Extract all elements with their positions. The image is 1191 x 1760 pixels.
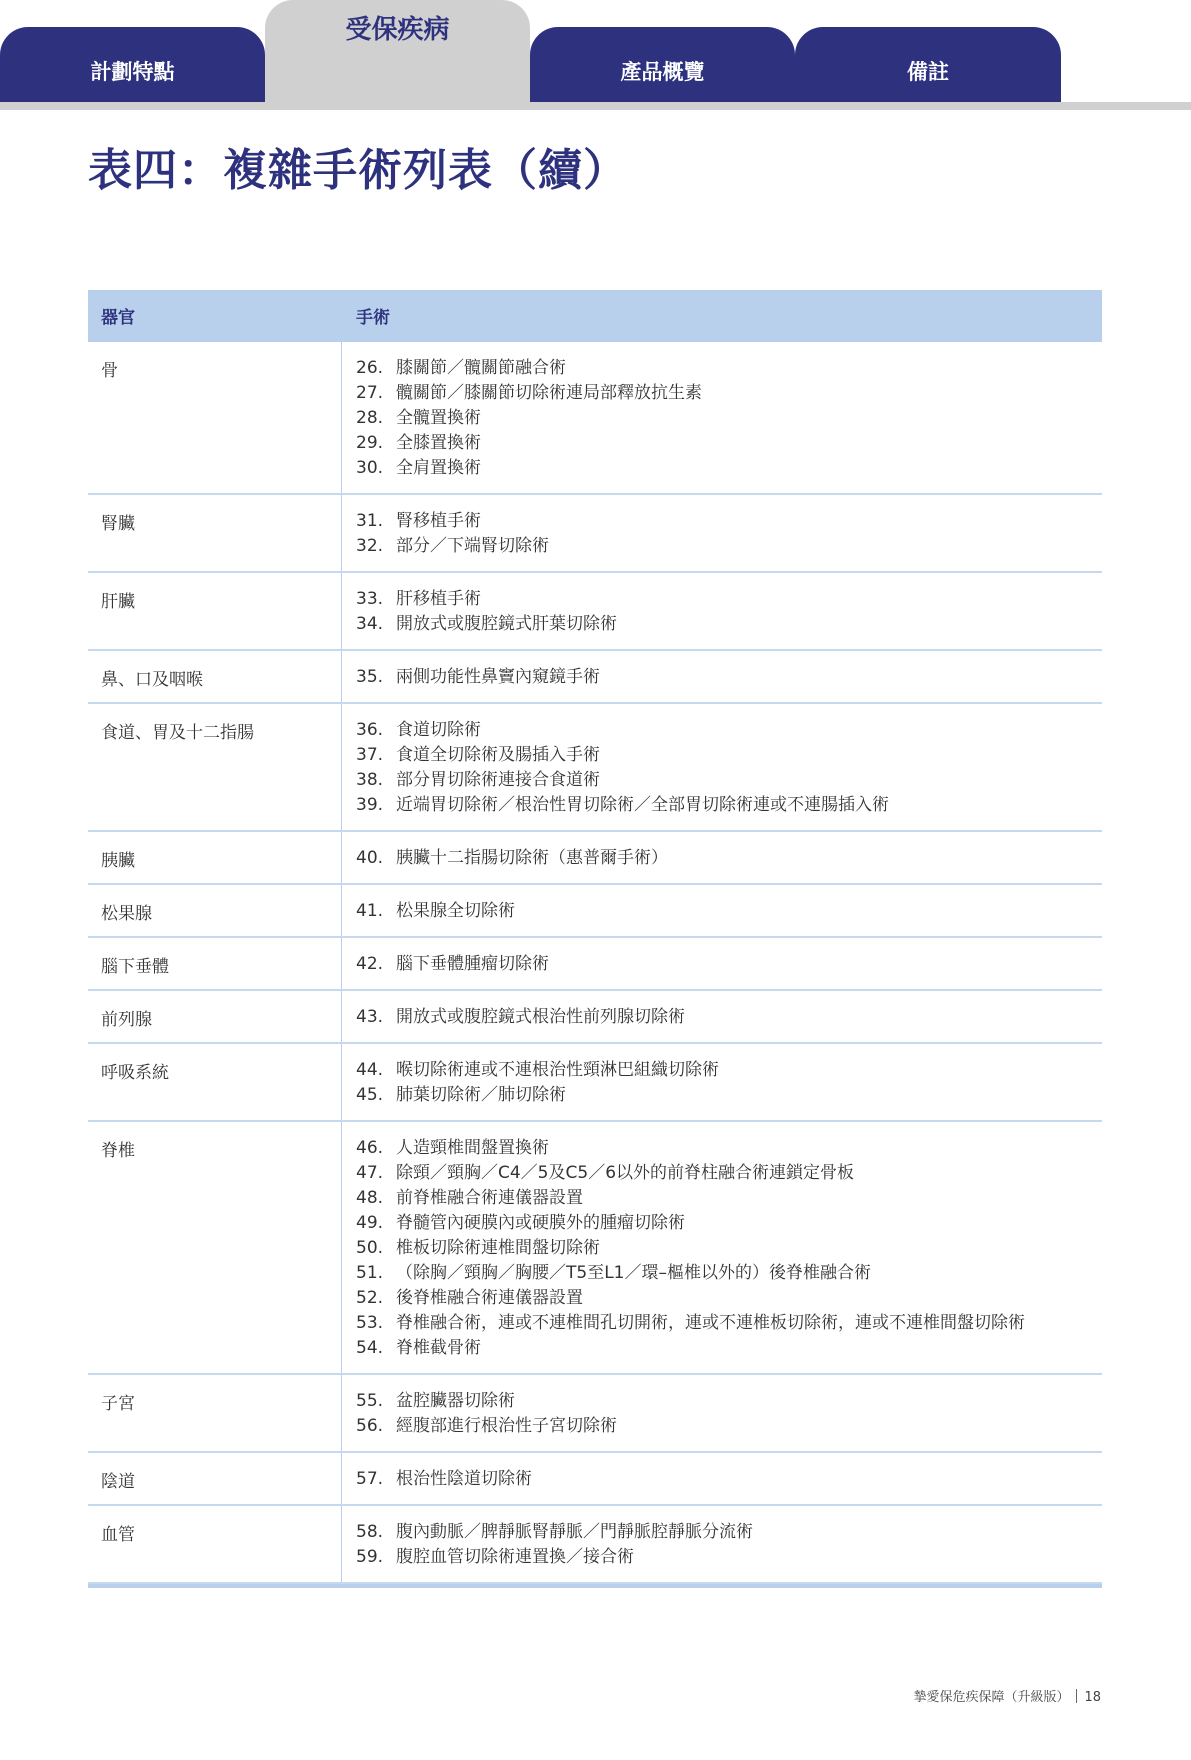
item-number: 55. [356, 1389, 396, 1414]
item-text: 髖關節／膝關節切除術連局部釋放抗生素 [396, 381, 702, 406]
surgery-cell: 26.膝關節／髖關節融合術27.髖關節／膝關節切除術連局部釋放抗生素28.全髖置… [342, 342, 1102, 493]
item-number: 40. [356, 846, 396, 871]
item-number: 37. [356, 743, 396, 768]
item-number: 29. [356, 431, 396, 456]
item-number: 38. [356, 768, 396, 793]
item-text: 除頸／頸胸／C4／5及C5／6以外的前脊柱融合術連鎖定骨板 [396, 1161, 854, 1186]
surgery-item: 39.近端胃切除術／根治性胃切除術／全部胃切除術連或不連腸插入術 [356, 793, 1102, 818]
table-row: 血管58.腹內動脈／脾靜脈腎靜脈／門靜脈腔靜脈分流術59.腹腔血管切除術連置換／… [88, 1506, 1102, 1584]
item-text: 脊髓管內硬膜內或硬膜外的腫瘤切除術 [396, 1211, 685, 1236]
header-surgery: 手術 [342, 290, 1102, 340]
item-text: 開放式或腹腔鏡式根治性前列腺切除術 [396, 1005, 685, 1030]
table-row: 鼻、口及咽喉35.兩側功能性鼻竇內窺鏡手術 [88, 651, 1102, 704]
item-number: 50. [356, 1236, 396, 1261]
table-body: 骨26.膝關節／髖關節融合術27.髖關節／膝關節切除術連局部釋放抗生素28.全髖… [88, 342, 1102, 1584]
table-header: 器官 手術 [88, 290, 1102, 342]
surgery-item: 29.全膝置換術 [356, 431, 1102, 456]
surgery-cell: 58.腹內動脈／脾靜脈腎靜脈／門靜脈腔靜脈分流術59.腹腔血管切除術連置換／接合… [342, 1506, 1102, 1582]
footer-divider [1076, 1689, 1077, 1703]
table-row: 前列腺43.開放式或腹腔鏡式根治性前列腺切除術 [88, 991, 1102, 1044]
surgery-cell: 33.肝移植手術34.開放式或腹腔鏡式肝葉切除術 [342, 573, 1102, 649]
tab-covered-illnesses[interactable]: 受保疾病 [265, 0, 530, 102]
item-text: 肝移植手術 [396, 587, 481, 612]
surgery-item: 46.人造頸椎間盤置換術 [356, 1136, 1102, 1161]
item-number: 59. [356, 1545, 396, 1570]
surgery-item: 55.盆腔臟器切除術 [356, 1389, 1102, 1414]
item-text: 喉切除術連或不連根治性頸淋巴組織切除術 [396, 1058, 719, 1083]
table-row: 陰道57.根治性陰道切除術 [88, 1453, 1102, 1506]
item-number: 27. [356, 381, 396, 406]
surgery-cell: 44.喉切除術連或不連根治性頸淋巴組織切除術45.肺葉切除術／肺切除術 [342, 1044, 1102, 1120]
item-number: 58. [356, 1520, 396, 1545]
item-number: 52. [356, 1286, 396, 1311]
table-row: 呼吸系統44.喉切除術連或不連根治性頸淋巴組織切除術45.肺葉切除術／肺切除術 [88, 1044, 1102, 1122]
page-number: 18 [1084, 1690, 1101, 1705]
table-row: 骨26.膝關節／髖關節融合術27.髖關節／膝關節切除術連局部釋放抗生素28.全髖… [88, 342, 1102, 495]
item-number: 42. [356, 952, 396, 977]
item-text: 兩側功能性鼻竇內窺鏡手術 [396, 665, 600, 690]
organ-cell: 腎臟 [88, 495, 342, 571]
tab-bar-underline [0, 102, 1191, 110]
item-number: 54. [356, 1336, 396, 1361]
item-text: 盆腔臟器切除術 [396, 1389, 515, 1414]
item-text: 全肩置換術 [396, 456, 481, 481]
organ-cell: 前列腺 [88, 991, 342, 1042]
surgery-cell: 40.胰臟十二指腸切除術（惠普爾手術） [342, 832, 1102, 883]
item-text: 食道全切除術及腸插入手術 [396, 743, 600, 768]
item-text: 後脊椎融合術連儀器設置 [396, 1286, 583, 1311]
table-row: 肝臟33.肝移植手術34.開放式或腹腔鏡式肝葉切除術 [88, 573, 1102, 651]
surgery-cell: 42.腦下垂體腫瘤切除術 [342, 938, 1102, 989]
item-number: 34. [356, 612, 396, 637]
item-number: 36. [356, 718, 396, 743]
item-text: 根治性陰道切除術 [396, 1467, 532, 1492]
surgery-item: 30.全肩置換術 [356, 456, 1102, 481]
surgery-cell: 55.盆腔臟器切除術56.經腹部進行根治性子宮切除術 [342, 1375, 1102, 1451]
tab-remarks[interactable]: 備註 [795, 27, 1061, 102]
surgery-item: 45.肺葉切除術／肺切除術 [356, 1083, 1102, 1108]
table-row: 子宮55.盆腔臟器切除術56.經腹部進行根治性子宮切除術 [88, 1375, 1102, 1453]
item-text: 全膝置換術 [396, 431, 481, 456]
tab-label: 備註 [907, 56, 949, 86]
surgery-item: 40.胰臟十二指腸切除術（惠普爾手術） [356, 846, 1102, 871]
item-number: 46. [356, 1136, 396, 1161]
surgery-item: 57.根治性陰道切除術 [356, 1467, 1102, 1492]
item-text: 前脊椎融合術連儀器設置 [396, 1186, 583, 1211]
item-text: 松果腺全切除術 [396, 899, 515, 924]
item-number: 35. [356, 665, 396, 690]
item-text: 人造頸椎間盤置換術 [396, 1136, 549, 1161]
item-text: 近端胃切除術／根治性胃切除術／全部胃切除術連或不連腸插入術 [396, 793, 889, 818]
item-text: 腦下垂體腫瘤切除術 [396, 952, 549, 977]
item-number: 28. [356, 406, 396, 431]
surgery-item: 53.脊椎融合術，連或不連椎間孔切開術，連或不連椎板切除術，連或不連椎間盤切除術 [356, 1311, 1102, 1336]
item-number: 26. [356, 356, 396, 381]
surgery-item: 44.喉切除術連或不連根治性頸淋巴組織切除術 [356, 1058, 1102, 1083]
organ-cell: 骨 [88, 342, 342, 493]
organ-cell: 呼吸系統 [88, 1044, 342, 1120]
surgery-item: 43.開放式或腹腔鏡式根治性前列腺切除術 [356, 1005, 1102, 1030]
surgery-item: 51.（除胸／頸胸／胸腰／T5至L1／環–樞椎以外的）後脊椎融合術 [356, 1261, 1102, 1286]
surgery-item: 35.兩側功能性鼻竇內窺鏡手術 [356, 665, 1102, 690]
tab-label: 受保疾病 [345, 9, 449, 46]
surgery-item: 47.除頸／頸胸／C4／5及C5／6以外的前脊柱融合術連鎖定骨板 [356, 1161, 1102, 1186]
item-number: 45. [356, 1083, 396, 1108]
item-text: 腹腔血管切除術連置換／接合術 [396, 1545, 634, 1570]
surgery-cell: 46.人造頸椎間盤置換術47.除頸／頸胸／C4／5及C5／6以外的前脊柱融合術連… [342, 1122, 1102, 1373]
surgery-item: 50.椎板切除術連椎間盤切除術 [356, 1236, 1102, 1261]
table-row: 腦下垂體42.腦下垂體腫瘤切除術 [88, 938, 1102, 991]
tab-product-overview[interactable]: 產品概覽 [530, 27, 795, 102]
header-organ: 器官 [88, 290, 342, 340]
item-number: 47. [356, 1161, 396, 1186]
page-footer: 摯愛保危疾保障（升級版）18 [913, 1686, 1101, 1705]
surgery-cell: 41.松果腺全切除術 [342, 885, 1102, 936]
item-text: 脊椎截骨術 [396, 1336, 481, 1361]
surgery-item: 28.全髖置換術 [356, 406, 1102, 431]
surgery-cell: 31.腎移植手術32.部分／下端腎切除術 [342, 495, 1102, 571]
surgery-item: 52.後脊椎融合術連儀器設置 [356, 1286, 1102, 1311]
organ-cell: 肝臟 [88, 573, 342, 649]
item-number: 39. [356, 793, 396, 818]
table-row: 脊椎46.人造頸椎間盤置換術47.除頸／頸胸／C4／5及C5／6以外的前脊柱融合… [88, 1122, 1102, 1375]
surgery-item: 37.食道全切除術及腸插入手術 [356, 743, 1102, 768]
item-text: 部分／下端腎切除術 [396, 534, 549, 559]
item-number: 31. [356, 509, 396, 534]
item-number: 44. [356, 1058, 396, 1083]
item-text: 部分胃切除術連接合食道術 [396, 768, 600, 793]
organ-cell: 胰臟 [88, 832, 342, 883]
surgery-item: 34.開放式或腹腔鏡式肝葉切除術 [356, 612, 1102, 637]
surgery-item: 48.前脊椎融合術連儀器設置 [356, 1186, 1102, 1211]
item-number: 56. [356, 1414, 396, 1439]
tab-label: 產品概覽 [621, 56, 705, 86]
surgery-item: 36.食道切除術 [356, 718, 1102, 743]
surgery-item: 31.腎移植手術 [356, 509, 1102, 534]
surgery-item: 49.脊髓管內硬膜內或硬膜外的腫瘤切除術 [356, 1211, 1102, 1236]
surgery-item: 26.膝關節／髖關節融合術 [356, 356, 1102, 381]
surgery-item: 42.腦下垂體腫瘤切除術 [356, 952, 1102, 977]
section-tabs: 計劃特點 受保疾病 產品概覽 備註 [0, 0, 1191, 110]
item-text: （除胸／頸胸／胸腰／T5至L1／環–樞椎以外的）後脊椎融合術 [396, 1261, 871, 1286]
organ-cell: 脊椎 [88, 1122, 342, 1373]
item-text: 膝關節／髖關節融合術 [396, 356, 566, 381]
surgery-item: 59.腹腔血管切除術連置換／接合術 [356, 1545, 1102, 1570]
surgery-cell: 43.開放式或腹腔鏡式根治性前列腺切除術 [342, 991, 1102, 1042]
item-number: 41. [356, 899, 396, 924]
item-number: 32. [356, 534, 396, 559]
item-number: 51. [356, 1261, 396, 1286]
surgery-item: 58.腹內動脈／脾靜脈腎靜脈／門靜脈腔靜脈分流術 [356, 1520, 1102, 1545]
surgery-item: 32.部分／下端腎切除術 [356, 534, 1102, 559]
table-row: 腎臟31.腎移植手術32.部分／下端腎切除術 [88, 495, 1102, 573]
item-text: 肺葉切除術／肺切除術 [396, 1083, 566, 1108]
item-number: 33. [356, 587, 396, 612]
tab-label: 計劃特點 [91, 56, 175, 86]
tab-plan-features[interactable]: 計劃特點 [0, 27, 265, 102]
item-number: 48. [356, 1186, 396, 1211]
surgery-cell: 57.根治性陰道切除術 [342, 1453, 1102, 1504]
table-row: 松果腺41.松果腺全切除術 [88, 885, 1102, 938]
surgery-item: 33.肝移植手術 [356, 587, 1102, 612]
surgery-item: 54.脊椎截骨術 [356, 1336, 1102, 1361]
organ-cell: 子宮 [88, 1375, 342, 1451]
item-number: 43. [356, 1005, 396, 1030]
surgery-cell: 35.兩側功能性鼻竇內窺鏡手術 [342, 651, 1102, 702]
table-row: 胰臟40.胰臟十二指腸切除術（惠普爾手術） [88, 832, 1102, 885]
surgery-cell: 36.食道切除術37.食道全切除術及腸插入手術38.部分胃切除術連接合食道術39… [342, 704, 1102, 830]
item-text: 胰臟十二指腸切除術（惠普爾手術） [396, 846, 668, 871]
table-row: 食道、胃及十二指腸36.食道切除術37.食道全切除術及腸插入手術38.部分胃切除… [88, 704, 1102, 832]
surgery-item: 41.松果腺全切除術 [356, 899, 1102, 924]
item-text: 食道切除術 [396, 718, 481, 743]
organ-cell: 食道、胃及十二指腸 [88, 704, 342, 830]
organ-cell: 血管 [88, 1506, 342, 1582]
surgery-item: 38.部分胃切除術連接合食道術 [356, 768, 1102, 793]
organ-cell: 腦下垂體 [88, 938, 342, 989]
item-text: 脊椎融合術，連或不連椎間孔切開術，連或不連椎板切除術，連或不連椎間盤切除術 [396, 1311, 1025, 1336]
surgery-item: 27.髖關節／膝關節切除術連局部釋放抗生素 [356, 381, 1102, 406]
surgery-item: 56.經腹部進行根治性子宮切除術 [356, 1414, 1102, 1439]
item-text: 椎板切除術連椎間盤切除術 [396, 1236, 600, 1261]
item-number: 49. [356, 1211, 396, 1236]
item-text: 腎移植手術 [396, 509, 481, 534]
organ-cell: 鼻、口及咽喉 [88, 651, 342, 702]
item-number: 53. [356, 1311, 396, 1336]
organ-cell: 陰道 [88, 1453, 342, 1504]
item-number: 30. [356, 456, 396, 481]
footer-product-name: 摯愛保危疾保障（升級版） [913, 1690, 1069, 1705]
item-text: 腹內動脈／脾靜脈腎靜脈／門靜脈腔靜脈分流術 [396, 1520, 753, 1545]
organ-cell: 松果腺 [88, 885, 342, 936]
item-text: 經腹部進行根治性子宮切除術 [396, 1414, 617, 1439]
item-number: 57. [356, 1467, 396, 1492]
item-text: 全髖置換術 [396, 406, 481, 431]
table-bottom-rule [88, 1584, 1102, 1588]
page-title: 表四：複雜手術列表（續） [88, 134, 628, 198]
item-text: 開放式或腹腔鏡式肝葉切除術 [396, 612, 617, 637]
surgery-table: 器官 手術 骨26.膝關節／髖關節融合術27.髖關節／膝關節切除術連局部釋放抗生… [88, 290, 1102, 1588]
